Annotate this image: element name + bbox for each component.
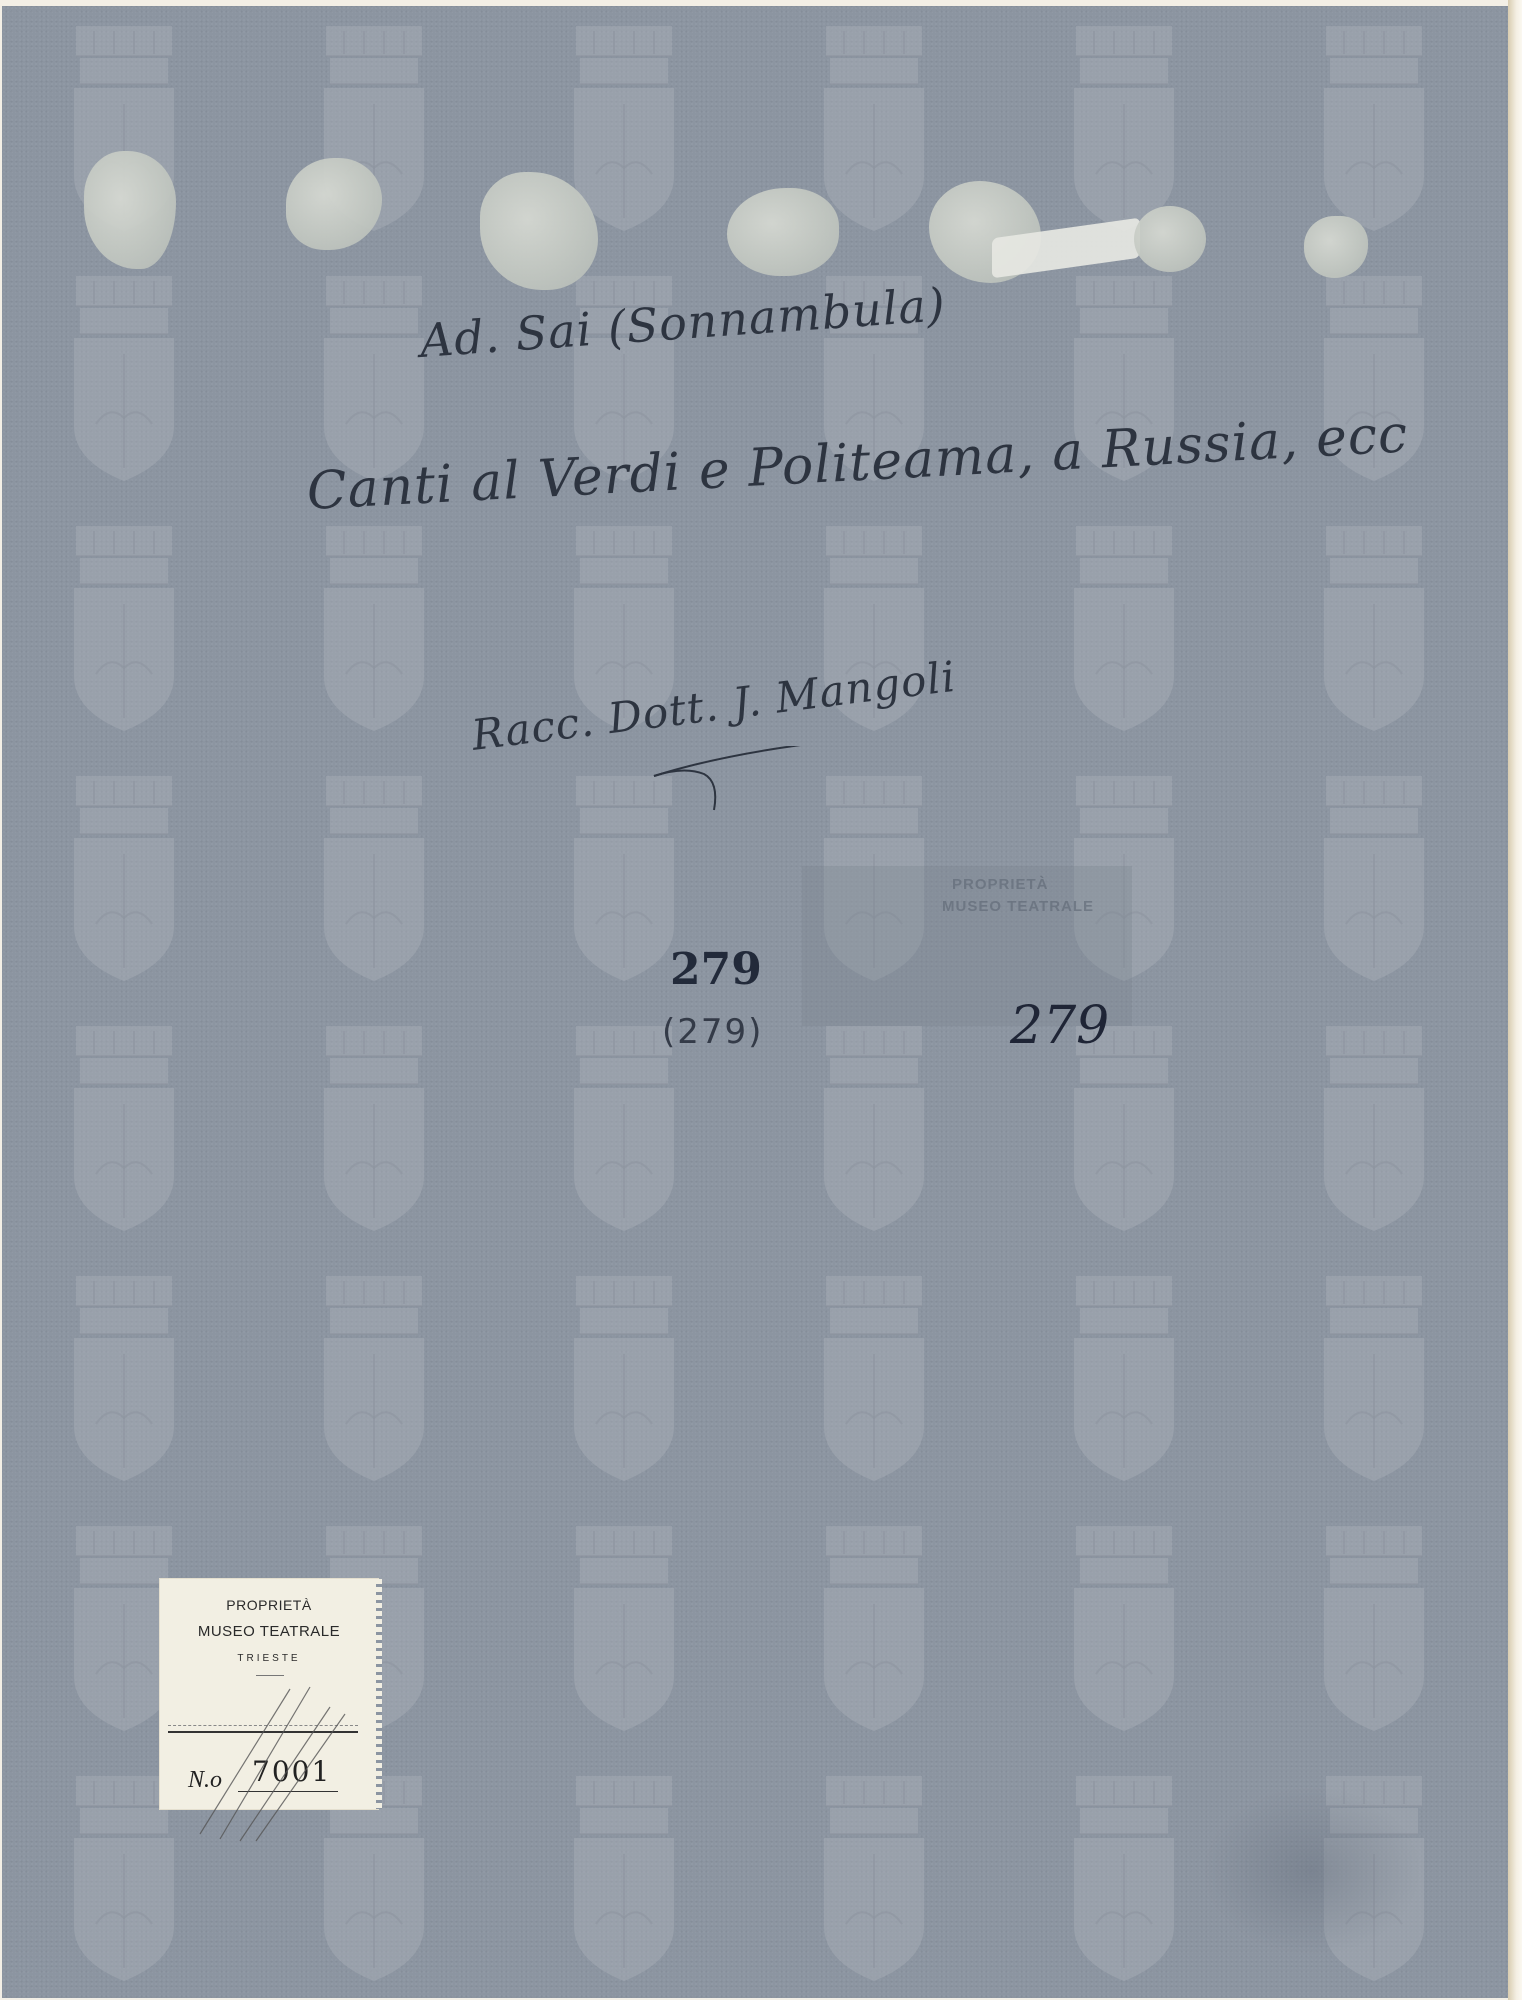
shield-watermark-icon bbox=[74, 1776, 174, 1981]
shield-watermark-icon bbox=[1324, 1276, 1424, 1481]
shield-watermark-icon bbox=[74, 276, 174, 481]
paper-edge bbox=[1508, 0, 1522, 2000]
shield-watermark-icon bbox=[74, 1026, 174, 1231]
tape-remnant bbox=[1304, 216, 1368, 278]
shield-watermark-icon bbox=[324, 776, 424, 981]
shield-watermark-icon bbox=[1074, 1526, 1174, 1731]
catalog-number-stamped: 279 bbox=[670, 944, 762, 995]
tape-remnant bbox=[1134, 206, 1206, 272]
shield-watermark-icon bbox=[1324, 776, 1424, 981]
tape-remnant bbox=[84, 151, 176, 269]
shield-watermark-icon bbox=[74, 1526, 174, 1731]
shield-watermark-icon bbox=[74, 1276, 174, 1481]
shield-watermark-icon bbox=[824, 1026, 924, 1231]
shield-watermark-icon bbox=[574, 1526, 674, 1731]
shield-watermark-icon bbox=[1324, 26, 1424, 231]
shield-watermark-icon bbox=[324, 1026, 424, 1231]
shield-watermark-icon bbox=[1324, 1526, 1424, 1731]
handwritten-title: Ad. Sai (Sonnambula) bbox=[418, 277, 947, 368]
shield-watermark-icon bbox=[574, 1276, 674, 1481]
smudge-mark bbox=[1202, 1786, 1422, 1956]
catalog-number-handwritten: 279 bbox=[1010, 996, 1109, 1056]
shield-watermark-icon bbox=[324, 276, 424, 481]
shield-watermark-icon bbox=[574, 26, 674, 231]
signature-flourish bbox=[614, 746, 834, 816]
shield-watermark-icon bbox=[824, 1276, 924, 1481]
catalog-number-parenthesized: (279) bbox=[662, 1012, 763, 1052]
shield-watermark-icon bbox=[574, 1776, 674, 1981]
shield-watermark-icon bbox=[74, 776, 174, 981]
shield-watermark-icon bbox=[824, 1526, 924, 1731]
faint-stamp-line2: MUSEO TEATRALE bbox=[942, 898, 1094, 915]
handwritten-signature: Racc. Dott. J. Mangoli bbox=[469, 652, 959, 760]
tape-remnant bbox=[727, 188, 839, 276]
shield-watermark-icon bbox=[1074, 526, 1174, 731]
museum-ownership-label: PROPRIETÀ MUSEO TEATRALE TRIESTE N.o 700… bbox=[160, 1579, 378, 1809]
shield-watermark-icon bbox=[1074, 1276, 1174, 1481]
shield-watermark-icon bbox=[1074, 26, 1174, 231]
shield-watermark-icon bbox=[74, 526, 174, 731]
shield-watermark-icon bbox=[1324, 1026, 1424, 1231]
shield-watermark-icon bbox=[824, 1776, 924, 1981]
handwritten-description: Canti al Verdi e Politeama, a Russia, ec… bbox=[305, 404, 1409, 522]
faint-stamp-line1: PROPRIETÀ bbox=[952, 876, 1049, 893]
shield-watermark-icon bbox=[1074, 1776, 1174, 1981]
shield-watermark-icon bbox=[1324, 526, 1424, 731]
pencil-strike-marks bbox=[160, 1579, 378, 1839]
tape-remnant bbox=[286, 158, 382, 250]
shield-watermark-icon bbox=[324, 1276, 424, 1481]
shield-watermark-icon bbox=[324, 526, 424, 731]
shield-watermark-icon bbox=[824, 26, 924, 231]
shield-watermark-icon bbox=[1074, 1026, 1174, 1231]
shield-watermark-icon bbox=[574, 1026, 674, 1231]
document-sheet: Ad. Sai (Sonnambula) Canti al Verdi e Po… bbox=[2, 6, 1510, 1998]
tape-remnant bbox=[480, 172, 598, 290]
